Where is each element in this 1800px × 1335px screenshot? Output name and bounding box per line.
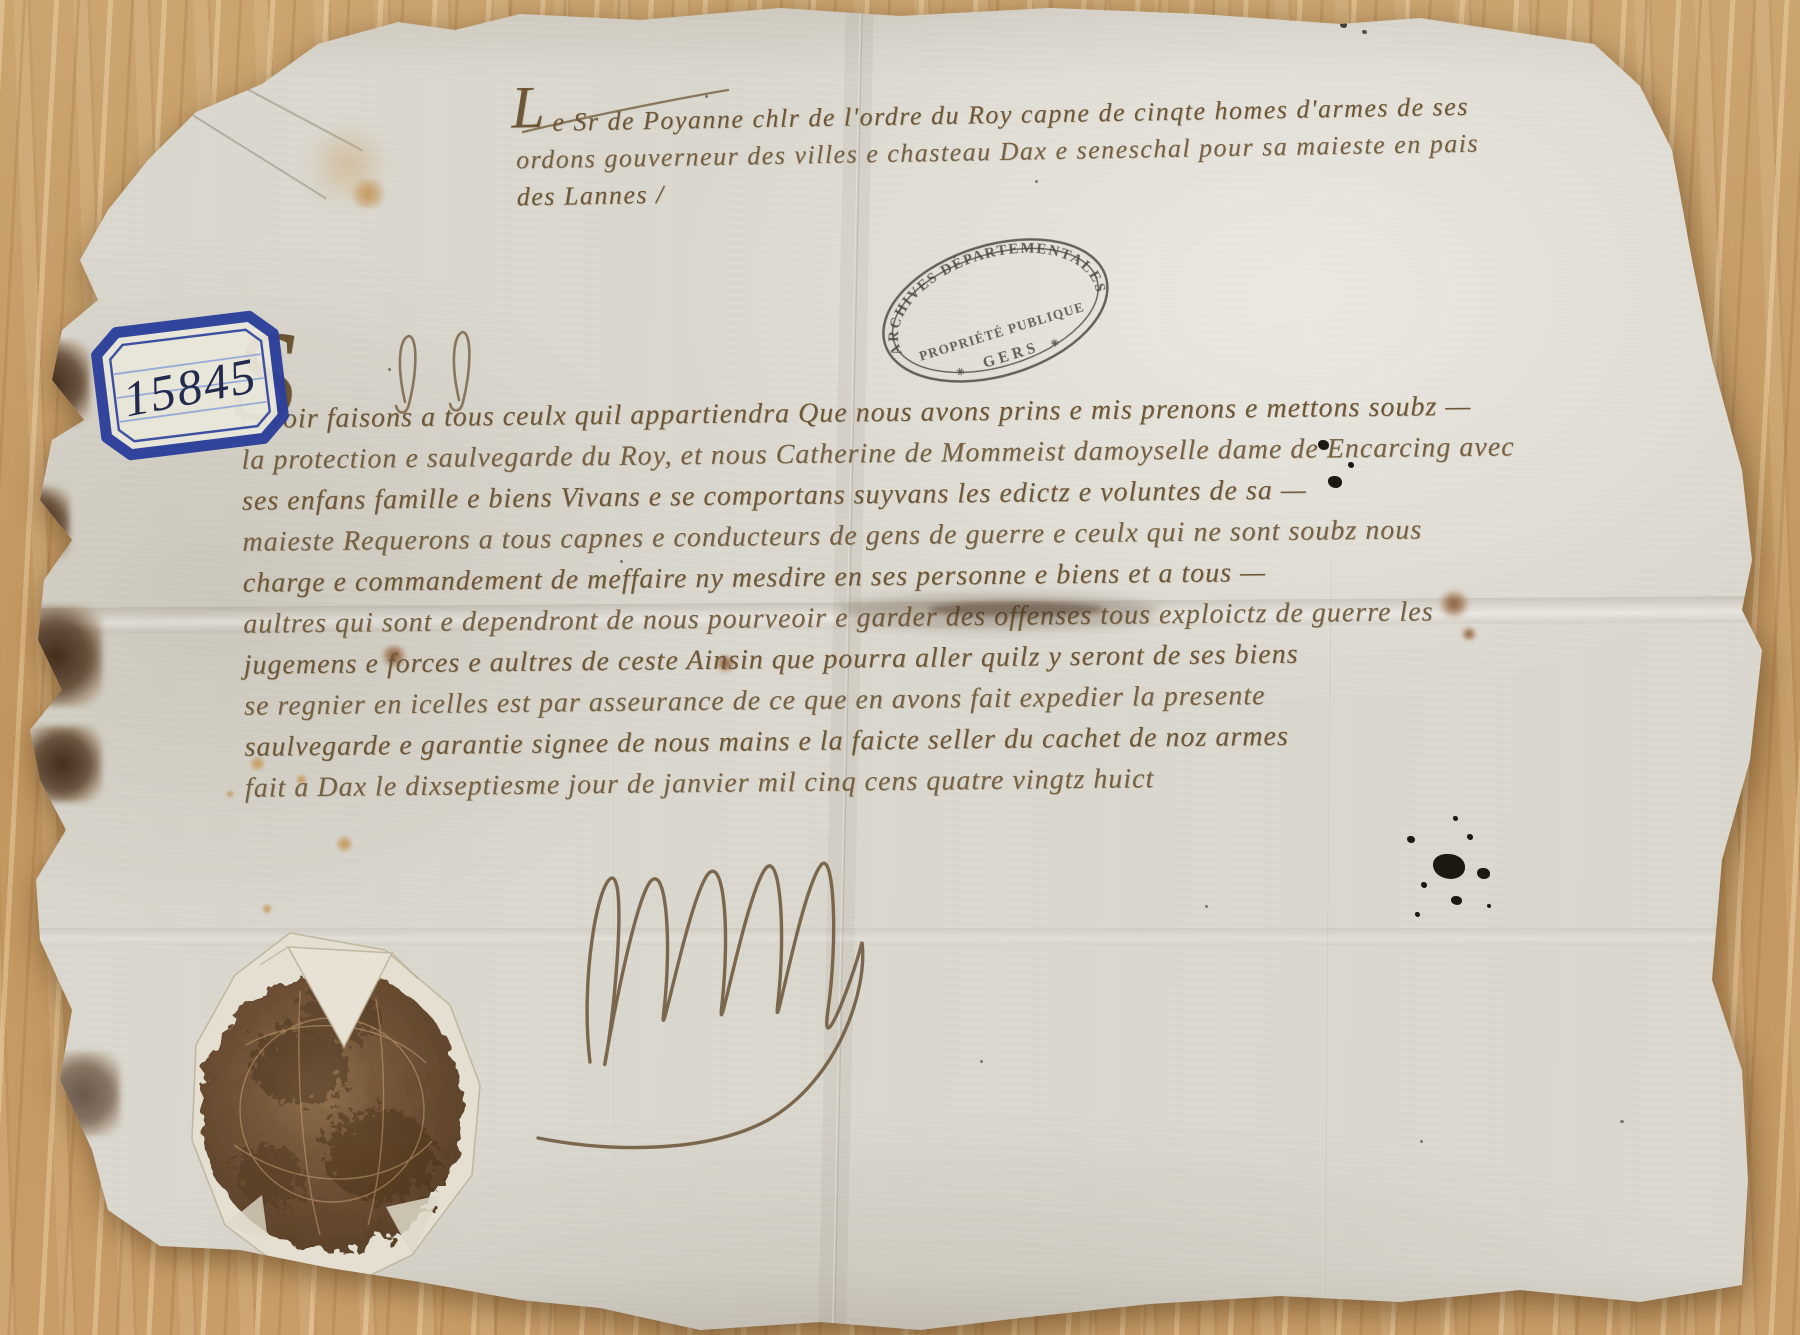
ink-blot — [1421, 882, 1427, 888]
ink-blot — [1487, 904, 1491, 908]
archive-stamp: ARCHIVES DÉPARTEMENTALES PROPRIÉTÉ PUBLI… — [855, 198, 1135, 418]
ink-blot — [1328, 476, 1342, 488]
ink-smear — [928, 602, 1104, 617]
ink-blot — [1477, 868, 1490, 879]
paper-speck — [1420, 1140, 1423, 1143]
burn-damage — [30, 170, 84, 226]
ink-blot — [1451, 896, 1462, 905]
manuscript-sheet: Le Sr de Poyanne chlr de l'ordre du Roy … — [0, 0, 1800, 1335]
foxing-spot — [336, 836, 353, 852]
ink-blot — [1467, 834, 1473, 840]
foxing-spot — [350, 180, 386, 208]
ink-blot — [1318, 440, 1329, 450]
foxing-spot — [226, 790, 234, 798]
paper-speck — [1620, 1120, 1624, 1123]
manuscript-body-block: Scavoir faisons a tous ceulx quil appart… — [241, 385, 1544, 809]
wax-seal — [150, 895, 510, 1315]
burn-damage — [6, 486, 70, 560]
paper-speck — [980, 1060, 983, 1063]
archival-number-label: 15845 — [87, 307, 292, 464]
ink-blot — [1362, 30, 1367, 34]
burn-damage — [10, 606, 102, 706]
photograph-of-manuscript: Le Sr de Poyanne chlr de l'ordre du Roy … — [0, 0, 1800, 1335]
burn-damage — [46, 1052, 120, 1136]
ink-blot — [1407, 836, 1415, 843]
paper-speck — [620, 560, 623, 563]
paper-speck — [1035, 180, 1038, 183]
ink-splatter-cluster — [1395, 812, 1505, 932]
ink-blot — [1415, 912, 1420, 917]
stamp-ornament: ✳ — [1049, 336, 1064, 350]
ink-blot — [1453, 816, 1458, 821]
ink-blot — [1340, 22, 1347, 28]
paper-shadow-wrapper: Le Sr de Poyanne chlr de l'ordre du Roy … — [0, 0, 1800, 1335]
ink-blot — [1433, 854, 1465, 879]
burn-damage — [14, 340, 90, 426]
heading-address-block: Le Sr de Poyanne chlr de l'ordre du Roy … — [515, 88, 1480, 216]
paper-speck — [705, 95, 708, 98]
stamp-ornament: ✳ — [955, 365, 970, 379]
ink-blot — [1348, 462, 1354, 468]
burn-damage — [22, 726, 102, 802]
paper-speck — [1205, 905, 1208, 908]
paper-speck — [388, 368, 391, 371]
